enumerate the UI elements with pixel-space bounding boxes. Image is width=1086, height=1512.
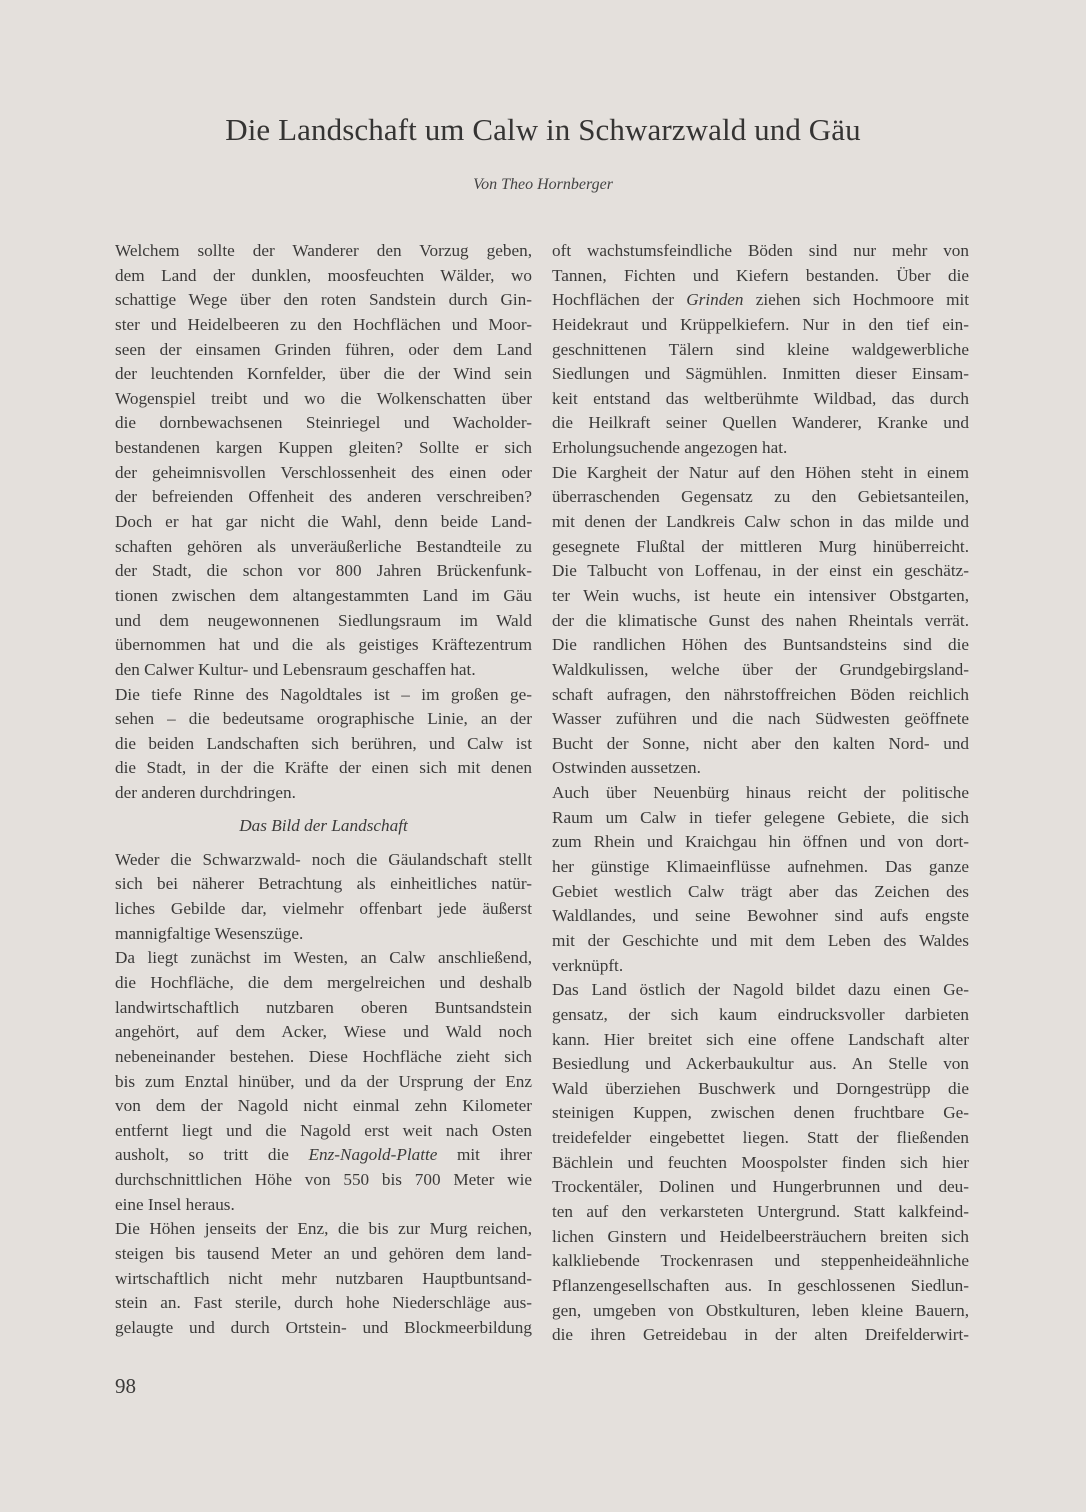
text-line: mit der Geschichte und mit dem Leben des… <box>552 929 969 954</box>
text-line: Ostwinden aussetzen. <box>552 756 969 781</box>
text-line: Erholungsuchende angezogen hat. <box>552 436 969 461</box>
emphasis-term: Grinden <box>686 290 743 309</box>
left-text-column: Welchem sollte der Wanderer den Vorzug g… <box>115 239 532 1341</box>
text-line: der leuchtenden Kornfelder, über die der… <box>115 362 532 387</box>
text-line: übernommen hat und die als geistiges Krä… <box>115 633 532 658</box>
text-line: den Calwer Kultur- und Lebensraum gescha… <box>115 658 532 683</box>
text-line: Das Land östlich der Nagold bildet dazu … <box>552 978 969 1003</box>
text-line: lichen Ginstern und Heidelbeersträuchern… <box>552 1225 969 1250</box>
text-line: durchschnittlichen Höhe von 550 bis 700 … <box>115 1168 532 1193</box>
text-line: ster und Heidelbeeren zu den Hochflächen… <box>115 313 532 338</box>
text-line: schattige Wege über den roten Sandstein … <box>115 288 532 313</box>
text-line: Bächlein und feuchten Moospolster finden… <box>552 1151 969 1176</box>
text-line: schaft aufragen, den nährstoffreichen Bö… <box>552 683 969 708</box>
text-segment: ziehen sich Hochmoore mit <box>756 290 969 309</box>
text-line: keit entstand das weltberühmte Wildbad, … <box>552 387 969 412</box>
text-line: Bucht der Sonne, nicht aber den kalten N… <box>552 732 969 757</box>
text-line: Waldlandes, und seine Bewohner sind aufs… <box>552 904 969 929</box>
section-heading: Das Bild der Landschaft <box>115 814 532 840</box>
text-line: Weder die Schwarzwald- noch die Gäulands… <box>115 848 532 873</box>
text-line: Raum um Calw in tiefer gelegene Gebiete,… <box>552 806 969 831</box>
text-line: entfernt liegt und die Nagold erst weit … <box>115 1119 532 1144</box>
text-line: zum Rhein und Kraichgau hin öffnen und v… <box>552 830 969 855</box>
text-line: eine Insel heraus. <box>115 1193 532 1218</box>
text-line: stein an. Fast sterile, durch hohe Niede… <box>115 1291 532 1316</box>
text-line: kalkliebende Trockenrasen und steppenhei… <box>552 1249 969 1274</box>
text-line: der Stadt, die schon vor 800 Jahren Brüc… <box>115 559 532 584</box>
text-line-with-emphasis: ausholt, so tritt die Enz-Nagold-Platte … <box>115 1143 532 1168</box>
text-line: Trockentäler, Dolinen und Hungerbrunnen … <box>552 1175 969 1200</box>
text-line: die dornbewachsenen Steinriegel und Wach… <box>115 411 532 436</box>
text-line: mannigfaltige Wesenszüge. <box>115 922 532 947</box>
text-line: steinigen Kuppen, zwischen denen fruchtb… <box>552 1101 969 1126</box>
text-line: die Stadt, in der die Kräfte der einen s… <box>115 756 532 781</box>
text-line: Auch über Neuenbürg hinaus reicht der po… <box>552 781 969 806</box>
text-line: Welchem sollte der Wanderer den Vorzug g… <box>115 239 532 264</box>
text-line: tionen zwischen dem altangestammten Land… <box>115 584 532 609</box>
text-line: überraschenden Gegensatz zu den Gebietsa… <box>552 485 969 510</box>
text-line: Wasser zuführen und die nach Südwesten g… <box>552 707 969 732</box>
right-text-column: oft wachstumsfeindliche Böden sind nur m… <box>552 239 969 1348</box>
text-line: Gebiet westlich Calw trägt aber das Zeic… <box>552 880 969 905</box>
text-line: die Heilkraft seiner Quellen Wanderer, K… <box>552 411 969 436</box>
text-line: der die klimatische Gunst des nahen Rhei… <box>552 609 969 634</box>
text-line: bestandenen kargen Kuppen gleiten? Sollt… <box>115 436 532 461</box>
text-line: geschnittenen Tälern sind kleine waldgew… <box>552 338 969 363</box>
text-line: gesegnete Flußtal der mittleren Murg hin… <box>552 535 969 560</box>
text-line: mit denen der Landkreis Calw schon in da… <box>552 510 969 535</box>
text-line: Wogenspiel treibt und wo die Wolkenschat… <box>115 387 532 412</box>
text-line: Siedlungen und Sägmühlen. Inmitten diese… <box>552 362 969 387</box>
text-line: schaften gehören als unveräußerliche Bes… <box>115 535 532 560</box>
text-line: Doch er hat gar nicht die Wahl, denn bei… <box>115 510 532 535</box>
text-line: Wald überziehen Buschwerk und Dorngestrü… <box>552 1077 969 1102</box>
text-line: Da liegt zunächst im Westen, an Calw ans… <box>115 946 532 971</box>
text-line: Die randlichen Höhen des Buntsandsteins … <box>552 633 969 658</box>
text-line: die Hochfläche, die dem mergelreichen un… <box>115 971 532 996</box>
text-line: Pflanzengesellschaften aus. In geschloss… <box>552 1274 969 1299</box>
text-line: ten auf den verkarsteten Untergrund. Sta… <box>552 1200 969 1225</box>
emphasis-term: Enz-Nagold-Platte <box>309 1145 438 1164</box>
text-line: Die Höhen jenseits der Enz, die bis zur … <box>115 1217 532 1242</box>
text-line: her günstige Klimaeinflüsse aufnehmen. D… <box>552 855 969 880</box>
text-line: steigen bis tausend Meter an und gehören… <box>115 1242 532 1267</box>
text-line: Besiedlung und Ackerbaukultur aus. An St… <box>552 1052 969 1077</box>
text-line: Heidekraut und Krüppelkiefern. Nur in de… <box>552 313 969 338</box>
author-byline: Von Theo Hornberger <box>0 176 1086 194</box>
text-line: wirtschaftlich nicht mehr nutzbaren Haup… <box>115 1267 532 1292</box>
document-page: Die Landschaft um Calw in Schwarzwald un… <box>0 0 1086 1512</box>
text-line: sich bei näherer Betrachtung als einheit… <box>115 872 532 897</box>
text-line: oft wachstumsfeindliche Böden sind nur m… <box>552 239 969 264</box>
text-line: landwirtschaftlich nutzbaren oberen Bunt… <box>115 996 532 1021</box>
text-line-with-emphasis: Hochflächen der Grinden ziehen sich Hoch… <box>552 288 969 313</box>
text-line: treidefelder eingebettet liegen. Statt d… <box>552 1126 969 1151</box>
text-line: gen, umgeben von Obstkulturen, leben kle… <box>552 1299 969 1324</box>
text-line: der geheimnisvollen Verschlossenheit des… <box>115 461 532 486</box>
text-segment: mit ihrer <box>457 1145 532 1164</box>
text-line: dem Land der dunklen, moosfeuchten Wälde… <box>115 264 532 289</box>
text-line: ter Wein wuchs, ist heute ein intensiver… <box>552 584 969 609</box>
text-line: bis zum Enztal hinüber, und da der Urspr… <box>115 1070 532 1095</box>
text-segment: ausholt, so tritt die <box>115 1145 289 1164</box>
text-line: nebeneinander bestehen. Diese Hochfläche… <box>115 1045 532 1070</box>
text-line: seen der einsamen Grinden führen, oder d… <box>115 338 532 363</box>
page-number: 98 <box>115 1374 136 1399</box>
text-line: sehen – die bedeutsame orographische Lin… <box>115 707 532 732</box>
text-line: Die Kargheit der Natur auf den Höhen ste… <box>552 461 969 486</box>
text-line: der befreienden Offenheit des anderen ve… <box>115 485 532 510</box>
text-line: kann. Hier breitet sich eine offene Land… <box>552 1028 969 1053</box>
text-line: Tannen, Fichten und Kiefern bestanden. Ü… <box>552 264 969 289</box>
text-line: gelaugte und durch Ortstein- und Blockme… <box>115 1316 532 1341</box>
text-line: der anderen durchdringen. <box>115 781 532 806</box>
text-line: verknüpft. <box>552 954 969 979</box>
text-line: liches Gebilde dar, vielmehr offenbart j… <box>115 897 532 922</box>
text-line: von dem der Nagold nicht einmal zehn Kil… <box>115 1094 532 1119</box>
text-segment: Hochflächen der <box>552 290 674 309</box>
text-line: gensatz, der sich kaum eindrucksvoller d… <box>552 1003 969 1028</box>
article-title: Die Landschaft um Calw in Schwarzwald un… <box>0 112 1086 148</box>
text-line: Die tiefe Rinne des Nagoldtales ist – im… <box>115 683 532 708</box>
text-line: und dem neugewonnenen Siedlungsraum im W… <box>115 609 532 634</box>
text-line: Waldkulissen, welche über der Grundgebir… <box>552 658 969 683</box>
text-line: die beiden Landschaften sich berühren, u… <box>115 732 532 757</box>
text-line: die ihren Getreidebau in der alten Dreif… <box>552 1323 969 1348</box>
text-line: angehört, auf dem Acker, Wiese und Wald … <box>115 1020 532 1045</box>
text-line: Die Talbucht von Loffenau, in der einst … <box>552 559 969 584</box>
